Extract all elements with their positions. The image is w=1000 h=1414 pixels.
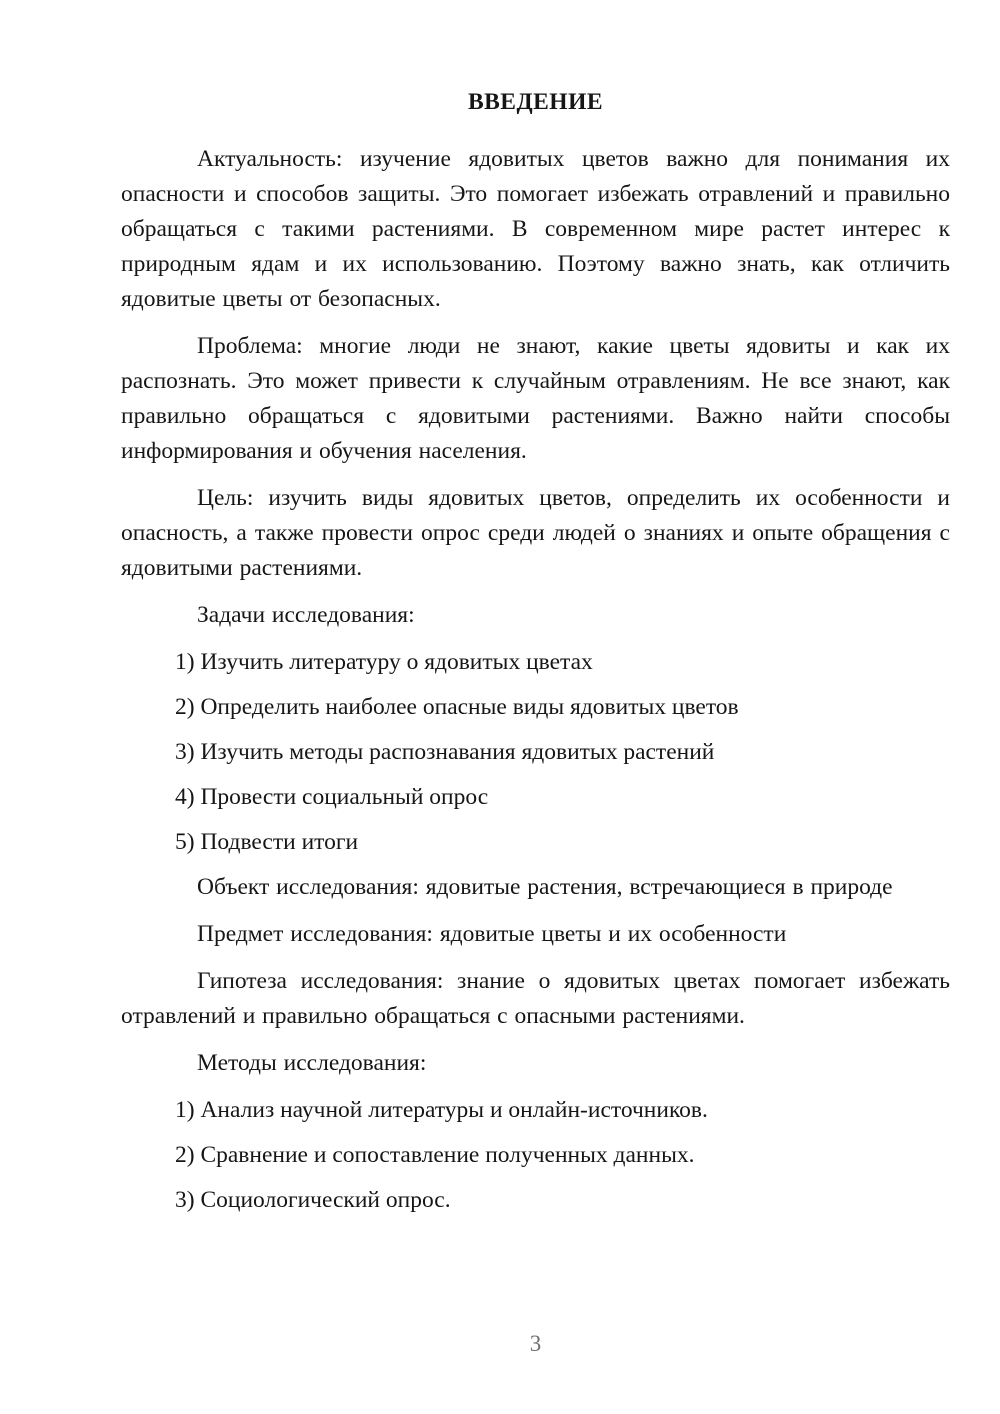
paragraph-problem: Проблема: многие люди не знают, какие цв… [121, 329, 950, 469]
document-page: ВВЕДЕНИЕ Актуальность: изучение ядовитых… [0, 0, 1000, 1414]
method-item-1: 1) Анализ научной литературы и онлайн-ис… [121, 1093, 950, 1128]
tasks-heading: Задачи исследования: [121, 598, 950, 633]
method-item-2: 2) Сравнение и сопоставление полученных … [121, 1138, 950, 1173]
paragraph-subject: Предмет исследования: ядовитые цветы и и… [121, 917, 950, 952]
paragraph-object: Объект исследования: ядовитые растения, … [121, 870, 950, 905]
page-number: 3 [121, 1330, 950, 1358]
paragraph-actuality: Актуальность: изучение ядовитых цветов в… [121, 142, 950, 317]
task-item-3: 3) Изучить методы распознавания ядовитых… [121, 735, 950, 770]
page-title: ВВЕДЕНИЕ [121, 88, 950, 116]
method-item-3: 3) Социологический опрос. [121, 1183, 950, 1218]
paragraph-hypothesis: Гипотеза исследования: знание о ядовитых… [121, 964, 950, 1034]
task-item-1: 1) Изучить литературу о ядовитых цветах [121, 645, 950, 680]
page-title-text: ВВЕДЕНИЕ [468, 89, 603, 115]
paragraph-goal: Цель: изучить виды ядовитых цветов, опре… [121, 481, 950, 586]
task-item-5: 5) Подвести итоги [121, 825, 950, 860]
methods-heading: Методы исследования: [121, 1046, 950, 1081]
page-content: ВВЕДЕНИЕ Актуальность: изучение ядовитых… [121, 88, 950, 1228]
task-item-4: 4) Провести социальный опрос [121, 780, 950, 815]
task-item-2: 2) Определить наиболее опасные виды ядов… [121, 690, 950, 725]
